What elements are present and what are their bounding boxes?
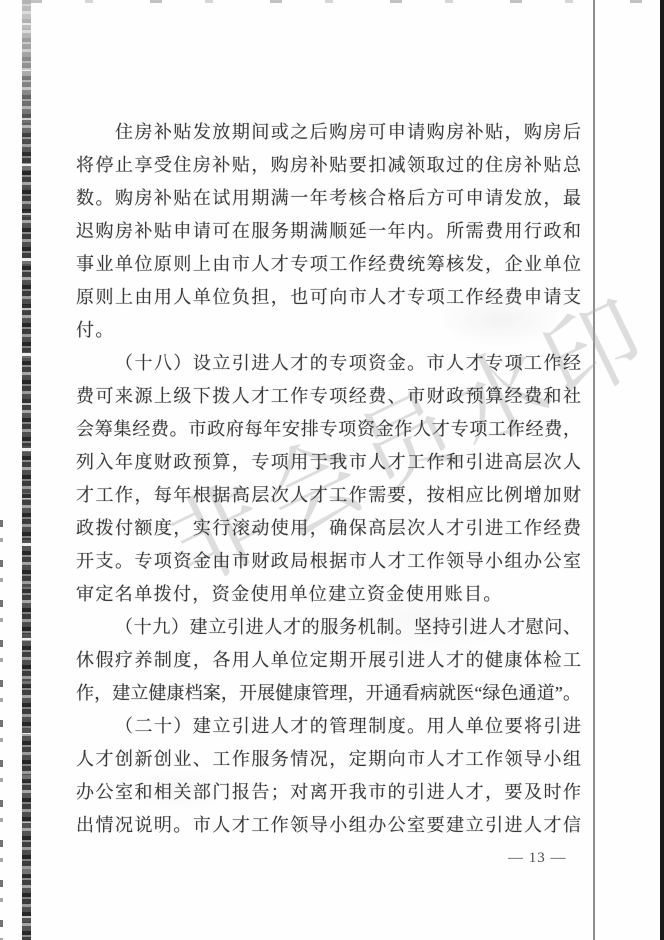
text-line: 原则上由用人单位负担，也可向市人才专项工作经费申请支 [76,281,581,314]
text-block: 住房补贴发放期间或之后购房可申请购房补贴，购房后将停止享受住房补贴，购房补贴要扣… [76,116,581,842]
text-line: 开支。专项资金由市财政局根据市人才工作领导小组办公室 [76,545,581,578]
text-line: （二十）建立引进人才的管理制度。用人单位要将引进 [76,710,581,743]
text-line: （十八）设立引进人才的专项资金。市人才专项工作经 [76,347,581,380]
text-line: 休假疗养制度，各用人单位定期开展引进人才的健康体检工 [76,644,581,677]
text-line: （十九）建立引进人才的服务机制。坚持引进人才慰问、 [76,611,581,644]
text-line: 事业单位原则上由市人才专项工作经费统筹核发，企业单位 [76,248,581,281]
text-line: 列入年度财政预算，专项用于我市人才工作和引进高层次人 [76,446,581,479]
scan-right-edge [660,0,664,940]
text-line: 才工作，每年根据高层次人才工作需要，按相应比例增加财 [76,479,581,512]
text-line: 将停止享受住房补贴，购房补贴要扣减领取过的住房补贴总 [76,149,581,182]
text-line: 费可来源上级下拨人才工作专项经费、市财政预算经费和社 [76,380,581,413]
paragraph: （十九）建立引进人才的服务机制。坚持引进人才慰问、休假疗养制度，各用人单位定期开… [76,611,581,710]
text-line: 会筹集经费。市政府每年安排专项资金作人才专项工作经费， [76,413,581,446]
text-line: 作，建立健康档案，开展健康管理，开通看病就医“绿色通道”。 [76,677,581,710]
text-line: 办公室和相关部门报告；对离开我市的引进人才，要及时作 [76,776,581,809]
text-line: 迟购房补贴申请可在服务期满顺延一年内。所需费用行政和 [76,215,581,248]
paragraph: （十八）设立引进人才的专项资金。市人才专项工作经费可来源上级下拨人才工作专项经费… [76,347,581,611]
text-line: 出情况说明。市人才工作领导小组办公室要建立引进人才信 [76,809,581,842]
paragraph: 住房补贴发放期间或之后购房可申请购房补贴，购房后将停止享受住房补贴，购房补贴要扣… [76,116,581,347]
text-line: 人才创新创业、工作服务情况，定期向市人才工作领导小组 [76,743,581,776]
text-line: 付。 [76,314,581,347]
text-line: 审定名单拨付，资金使用单位建立资金使用账目。 [76,578,581,611]
scan-top-edge-noise [30,0,654,3]
text-line: 住房补贴发放期间或之后购房可申请购房补贴，购房后 [76,116,581,149]
binding-marks-strip [22,0,31,940]
page-number: — 13 — [508,850,567,867]
document-page: 非会员水印 住房补贴发放期间或之后购房可申请购房补贴，购房后将停止享受住房补贴，… [0,0,664,940]
text-line: 数。购房补贴在试用期满一年考核合格后方可申请发放，最 [76,182,581,215]
scan-left-edge-marks [0,520,3,940]
text-line: 政拨付额度，实行滚动使用，确保高层次人才引进工作经费 [76,512,581,545]
page-edge-rule [593,0,595,940]
paragraph: （二十）建立引进人才的管理制度。用人单位要将引进人才创新创业、工作服务情况，定期… [76,710,581,842]
